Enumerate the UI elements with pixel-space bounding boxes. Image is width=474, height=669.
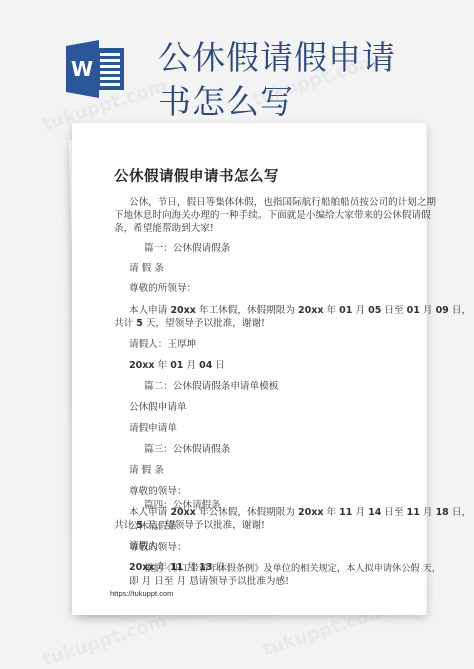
watermark: tukuppt.com — [40, 611, 169, 669]
body-line: 即 月 日至 月 恳请领导予以批准为感! — [129, 575, 289, 588]
document-page-continued: 篇四：公休请假条 公休请假条 尊敬的领导： 根据《职工带薪年休假条例》及单位的相… — [72, 123, 425, 615]
footer-url: https://tukuppt.com — [110, 589, 173, 598]
page-heading: 公休假请假申请书怎么写 — [158, 36, 418, 124]
word-doc-icon: W — [66, 40, 128, 98]
section-label: 公休请假条 — [129, 520, 177, 533]
svg-text:W: W — [71, 57, 93, 81]
section-heading: 篇四：公休请假条 — [144, 499, 221, 512]
salutation: 尊敬的领导： — [129, 541, 187, 554]
body-line: 根据《职工带薪年休假条例》及单位的相关规定，本人拟申请休公假 天， — [144, 562, 441, 575]
header: W 公休假请假申请书怎么写 — [0, 0, 474, 120]
